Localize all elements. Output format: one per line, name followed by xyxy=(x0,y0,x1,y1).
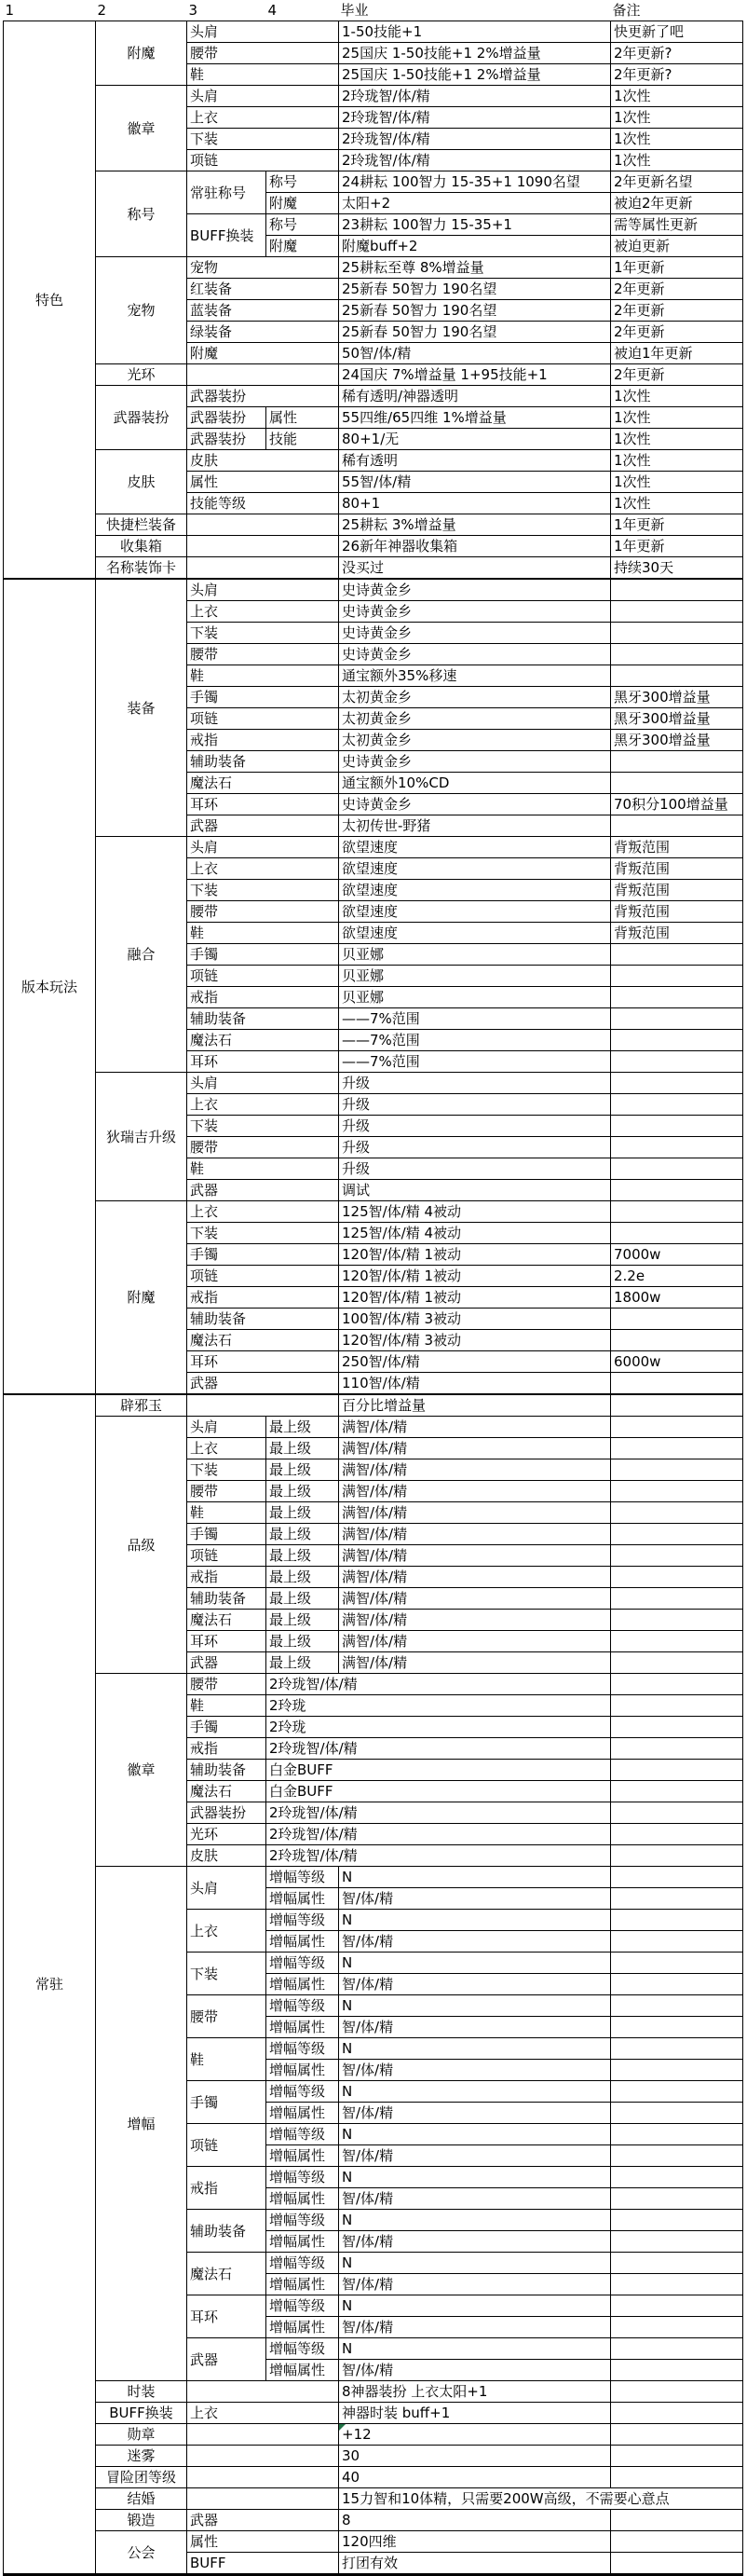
note-cell[interactable] xyxy=(611,1094,743,1116)
note-cell[interactable] xyxy=(611,1008,743,1030)
graduation-cell[interactable]: N xyxy=(339,2295,611,2317)
graduation-cell[interactable]: 25国庆 1-50技能+1 2%增益量 xyxy=(339,43,611,64)
item-cell[interactable]: 魔法石 xyxy=(187,1030,339,1051)
note-cell[interactable] xyxy=(611,2210,743,2231)
graduation-cell[interactable]: 太阳+2 xyxy=(339,193,611,214)
note-cell[interactable]: 2.2e xyxy=(611,1266,743,1287)
graduation-cell[interactable]: 智/体/精 xyxy=(339,2317,611,2338)
item-cell[interactable]: 耳环 xyxy=(187,1051,339,1073)
subitem-cell[interactable]: 最上级 xyxy=(266,1438,339,1459)
header-cell-col3[interactable]: 3 xyxy=(187,0,266,21)
category-cell[interactable]: BUFF换装 xyxy=(96,2403,187,2424)
subitem-cell[interactable]: 最上级 xyxy=(266,1652,339,1674)
item-cell[interactable]: 魔法石 xyxy=(187,2253,266,2295)
note-cell[interactable] xyxy=(611,1995,743,2017)
note-cell[interactable]: 背叛范围 xyxy=(611,837,743,858)
item-cell[interactable]: 辅助装备 xyxy=(187,1588,266,1610)
note-cell[interactable] xyxy=(611,1373,743,1395)
graduation-cell[interactable]: 通宝额外10%CD xyxy=(339,773,611,794)
note-cell[interactable] xyxy=(611,1674,743,1695)
item-cell[interactable]: 属性 xyxy=(187,2531,339,2553)
note-cell[interactable]: 1年更新 xyxy=(611,536,743,557)
item-cell[interactable]: 魔法石 xyxy=(187,773,339,794)
item-cell[interactable]: 下装 xyxy=(187,1953,266,1995)
item-cell[interactable]: 上衣 xyxy=(187,601,339,623)
note-cell[interactable] xyxy=(611,2381,743,2403)
note-cell[interactable]: 1次性 xyxy=(611,407,743,429)
graduation-cell[interactable]: 120智/体/精 3被动 xyxy=(339,1330,611,1351)
subitem-cell[interactable]: 增幅等级 xyxy=(266,1910,339,1931)
note-cell[interactable] xyxy=(611,2103,743,2124)
category-cell[interactable]: 名称装饰卡 xyxy=(96,557,187,580)
graduation-cell[interactable]: 调试 xyxy=(339,1180,611,1201)
note-cell[interactable]: 被迫2年更新 xyxy=(611,193,743,214)
graduation-cell[interactable]: 太初黄金乡 xyxy=(339,708,611,730)
graduation-cell[interactable]: 史诗黄金乡 xyxy=(339,644,611,665)
note-cell[interactable] xyxy=(611,2424,743,2446)
note-cell[interactable]: 2年更新名望 xyxy=(611,171,743,193)
note-cell[interactable] xyxy=(611,1931,743,1953)
note-cell[interactable] xyxy=(611,2145,743,2167)
item-cell[interactable]: 耳环 xyxy=(187,2295,266,2338)
graduation-cell[interactable]: 25新春 50智力 190名望 xyxy=(339,300,611,322)
note-cell[interactable] xyxy=(611,2081,743,2103)
note-cell[interactable]: 7000w xyxy=(611,1244,743,1266)
header-cell-note[interactable]: 备注 xyxy=(611,0,743,21)
item-cell[interactable] xyxy=(187,514,339,536)
subitem-cell[interactable]: 最上级 xyxy=(266,1610,339,1631)
category-cell[interactable]: 辟邪玉 xyxy=(96,1394,187,1417)
note-cell[interactable] xyxy=(611,1738,743,1760)
item-cell[interactable]: 头肩 xyxy=(187,1073,339,1094)
item-cell[interactable]: 蓝装备 xyxy=(187,300,339,322)
item-cell[interactable]: 戒指 xyxy=(187,1567,266,1588)
graduation-cell[interactable]: 白金BUFF xyxy=(266,1781,611,1802)
item-cell[interactable]: 武器 xyxy=(187,1180,339,1201)
subitem-cell[interactable]: 增幅等级 xyxy=(266,2210,339,2231)
category-cell[interactable]: 冒险团等级 xyxy=(96,2467,187,2488)
item-cell[interactable]: BUFF xyxy=(187,2553,339,2575)
header-cell-graduation[interactable]: 毕业 xyxy=(339,0,611,21)
item-cell[interactable] xyxy=(187,2446,339,2467)
item-cell[interactable]: 技能等级 xyxy=(187,493,339,514)
graduation-cell[interactable]: 升级 xyxy=(339,1158,611,1180)
graduation-cell[interactable]: 白金BUFF xyxy=(266,1760,611,1781)
graduation-cell[interactable]: 250智/体/精 xyxy=(339,1351,611,1373)
graduation-cell[interactable]: 2玲珑智/体/精 xyxy=(266,1802,611,1824)
graduation-cell[interactable]: 满智/体/精 xyxy=(339,1610,611,1631)
graduation-cell[interactable]: N xyxy=(339,1995,611,2017)
item-cell[interactable]: 耳环 xyxy=(187,1351,339,1373)
item-cell[interactable] xyxy=(187,2424,339,2446)
note-cell[interactable] xyxy=(611,944,743,966)
category-cell[interactable]: 武器装扮 xyxy=(96,386,187,450)
item-cell[interactable]: 项链 xyxy=(187,2124,266,2167)
graduation-cell[interactable]: 55四维/65四维 1%增益量 xyxy=(339,407,611,429)
category-cell[interactable]: 皮肤 xyxy=(96,450,187,514)
graduation-cell[interactable]: 120智/体/精 1被动 xyxy=(339,1287,611,1309)
subitem-cell[interactable]: 增幅属性 xyxy=(266,2145,339,2167)
subitem-cell[interactable]: 增幅属性 xyxy=(266,1931,339,1953)
note-cell[interactable] xyxy=(611,1845,743,1867)
note-cell[interactable] xyxy=(611,1545,743,1567)
item-cell[interactable]: 魔法石 xyxy=(187,1610,266,1631)
subitem-cell[interactable]: 增幅等级 xyxy=(266,2081,339,2103)
graduation-cell[interactable]: 80+1/无 xyxy=(339,429,611,450)
subitem-cell[interactable]: 增幅等级 xyxy=(266,2295,339,2317)
graduation-cell[interactable]: 30 xyxy=(339,2446,611,2467)
note-cell[interactable] xyxy=(611,1394,743,1417)
item-cell[interactable]: 上衣 xyxy=(187,107,339,129)
graduation-cell[interactable]: N xyxy=(339,2210,611,2231)
note-cell[interactable]: 1年更新 xyxy=(611,514,743,536)
subitem-cell[interactable]: 增幅等级 xyxy=(266,2338,339,2360)
note-cell[interactable]: 1次性 xyxy=(611,107,743,129)
note-cell[interactable] xyxy=(611,2338,743,2360)
graduation-cell[interactable]: 欲望速度 xyxy=(339,837,611,858)
note-cell[interactable] xyxy=(611,1223,743,1244)
graduation-cell[interactable]: 智/体/精 xyxy=(339,2274,611,2295)
item-cell[interactable]: 属性 xyxy=(187,472,339,493)
item-cell[interactable]: 常驻称号 xyxy=(187,171,266,214)
item-cell[interactable]: 鞋 xyxy=(187,1158,339,1180)
note-cell[interactable]: 背叛范围 xyxy=(611,880,743,901)
item-cell[interactable] xyxy=(187,2488,339,2510)
note-cell[interactable] xyxy=(611,1695,743,1717)
graduation-cell[interactable]: 25耕耘 3%增益量 xyxy=(339,514,611,536)
item-cell[interactable]: 头肩 xyxy=(187,1417,266,1438)
subitem-cell[interactable]: 称号 xyxy=(266,214,339,236)
graduation-cell[interactable]: N xyxy=(339,2167,611,2188)
item-cell[interactable]: 手镯 xyxy=(187,687,339,708)
graduation-cell[interactable]: 太初黄金乡 xyxy=(339,687,611,708)
category-cell[interactable]: 结婚 xyxy=(96,2488,187,2510)
graduation-cell[interactable]: ——7%范围 xyxy=(339,1008,611,1030)
note-cell[interactable] xyxy=(611,2403,743,2424)
note-cell[interactable]: 2年更新? xyxy=(611,64,743,86)
note-cell[interactable] xyxy=(611,2167,743,2188)
graduation-cell[interactable]: 25国庆 1-50技能+1 2%增益量 xyxy=(339,64,611,86)
note-cell[interactable]: 黑牙300增益量 xyxy=(611,708,743,730)
category-cell[interactable]: 收集箱 xyxy=(96,536,187,557)
subitem-cell[interactable]: 增幅等级 xyxy=(266,2124,339,2145)
item-cell[interactable]: 武器 xyxy=(187,2338,266,2381)
note-cell[interactable] xyxy=(611,2231,743,2253)
note-cell[interactable] xyxy=(611,1631,743,1652)
item-cell[interactable]: 宠物 xyxy=(187,257,339,279)
item-cell[interactable]: 鞋 xyxy=(187,1695,266,1717)
graduation-cell[interactable]: 2玲珑智/体/精 xyxy=(266,1824,611,1845)
subitem-cell[interactable]: 增幅属性 xyxy=(266,1888,339,1910)
graduation-cell[interactable]: 25新春 50智力 190名望 xyxy=(339,322,611,343)
item-cell[interactable]: 鞋 xyxy=(187,2038,266,2081)
item-cell[interactable]: 手镯 xyxy=(187,1717,266,1738)
section-cell[interactable]: 常驻 xyxy=(4,1394,96,2575)
subitem-cell[interactable]: 增幅属性 xyxy=(266,2103,339,2124)
note-cell[interactable] xyxy=(611,2060,743,2081)
graduation-cell[interactable]: 智/体/精 xyxy=(339,1888,611,1910)
item-cell[interactable]: 下装 xyxy=(187,129,339,150)
subitem-cell[interactable]: 增幅属性 xyxy=(266,2274,339,2295)
subitem-cell[interactable]: 附魔 xyxy=(266,193,339,214)
subitem-cell[interactable]: 最上级 xyxy=(266,1502,339,1524)
item-cell[interactable]: 头肩 xyxy=(187,86,339,107)
category-cell[interactable]: 快捷栏装备 xyxy=(96,514,187,536)
graduation-cell[interactable]: 110智/体/精 xyxy=(339,1373,611,1395)
subitem-cell[interactable]: 增幅等级 xyxy=(266,2167,339,2188)
item-cell[interactable]: 下装 xyxy=(187,1116,339,1137)
subitem-cell[interactable]: 最上级 xyxy=(266,1567,339,1588)
graduation-cell[interactable]: 贝亚娜 xyxy=(339,944,611,966)
graduation-cell[interactable]: 满智/体/精 xyxy=(339,1438,611,1459)
graduation-cell[interactable]: 神器时装 buff+1 xyxy=(339,2403,611,2424)
note-cell[interactable] xyxy=(611,1524,743,1545)
graduation-cell[interactable]: 满智/体/精 xyxy=(339,1652,611,1674)
note-cell[interactable] xyxy=(611,665,743,687)
item-cell[interactable] xyxy=(187,557,339,580)
note-cell[interactable]: 1次性 xyxy=(611,493,743,514)
item-cell[interactable]: 腰带 xyxy=(187,43,339,64)
note-cell[interactable] xyxy=(611,2446,743,2467)
graduation-cell[interactable]: 欲望速度 xyxy=(339,858,611,880)
graduation-cell[interactable]: 打团有效 xyxy=(339,2553,611,2575)
note-cell[interactable] xyxy=(611,1158,743,1180)
note-cell[interactable] xyxy=(611,1073,743,1094)
note-cell[interactable]: 1次性 xyxy=(611,429,743,450)
item-cell[interactable]: 手镯 xyxy=(187,1244,339,1266)
item-cell[interactable]: 手镯 xyxy=(187,944,339,966)
item-cell[interactable]: 项链 xyxy=(187,966,339,987)
subitem-cell[interactable]: 增幅属性 xyxy=(266,2060,339,2081)
item-cell[interactable]: 头肩 xyxy=(187,21,339,43)
graduation-cell[interactable]: 史诗黄金乡 xyxy=(339,794,611,815)
item-cell[interactable]: 腰带 xyxy=(187,1137,339,1158)
note-cell[interactable]: 2年更新 xyxy=(611,322,743,343)
note-cell[interactable] xyxy=(611,1417,743,1438)
note-cell[interactable] xyxy=(611,2274,743,2295)
graduation-cell[interactable]: 百分比增益量 xyxy=(339,1394,611,1417)
category-cell[interactable]: 锻造 xyxy=(96,2510,187,2531)
subitem-cell[interactable]: 增幅等级 xyxy=(266,1953,339,1974)
category-cell[interactable]: 勋章 xyxy=(96,2424,187,2446)
note-cell[interactable] xyxy=(611,1201,743,1223)
graduation-cell[interactable]: 满智/体/精 xyxy=(339,1502,611,1524)
item-cell[interactable]: 上衣 xyxy=(187,2403,339,2424)
item-cell[interactable]: 魔法石 xyxy=(187,1781,266,1802)
category-cell[interactable]: 狄瑞吉升级 xyxy=(96,1073,187,1201)
item-cell[interactable]: 戒指 xyxy=(187,2167,266,2210)
graduation-cell[interactable]: 80+1 xyxy=(339,493,611,514)
note-cell[interactable] xyxy=(611,1137,743,1158)
graduation-cell[interactable]: 25耕耘至尊 8%增益量 xyxy=(339,257,611,279)
note-cell[interactable]: 需等属性更新 xyxy=(611,214,743,236)
note-cell[interactable] xyxy=(611,2038,743,2060)
note-cell[interactable] xyxy=(611,751,743,773)
subitem-cell[interactable]: 增幅属性 xyxy=(266,2231,339,2253)
item-cell[interactable]: 皮肤 xyxy=(187,450,339,472)
graduation-cell[interactable]: 50智/体/精 xyxy=(339,343,611,364)
graduation-cell[interactable]: 智/体/精 xyxy=(339,2103,611,2124)
graduation-cell[interactable]: 没买过 xyxy=(339,557,611,580)
note-cell[interactable] xyxy=(611,1867,743,1888)
note-cell[interactable]: 1次性 xyxy=(611,129,743,150)
graduation-cell[interactable]: 贝亚娜 xyxy=(339,987,611,1008)
graduation-cell[interactable]: 满智/体/精 xyxy=(339,1417,611,1438)
graduation-cell[interactable]: 贝亚娜 xyxy=(339,966,611,987)
graduation-cell[interactable]: N xyxy=(339,1910,611,1931)
note-cell[interactable]: 持续30天 xyxy=(611,557,743,580)
subitem-cell[interactable]: 最上级 xyxy=(266,1417,339,1438)
item-cell[interactable]: 鞋 xyxy=(187,923,339,944)
category-cell[interactable]: 品级 xyxy=(96,1417,187,1674)
item-cell[interactable]: 腰带 xyxy=(187,1481,266,1502)
graduation-cell[interactable]: 稀有透明 xyxy=(339,450,611,472)
graduation-cell[interactable]: 满智/体/精 xyxy=(339,1524,611,1545)
item-cell[interactable]: 头肩 xyxy=(187,1867,266,1910)
note-cell[interactable] xyxy=(611,2017,743,2038)
graduation-cell[interactable]: N xyxy=(339,2038,611,2060)
item-cell[interactable] xyxy=(187,1394,339,1417)
note-cell[interactable] xyxy=(611,1781,743,1802)
graduation-cell[interactable]: 满智/体/精 xyxy=(339,1631,611,1652)
subitem-cell[interactable]: 增幅等级 xyxy=(266,1867,339,1888)
subitem-cell[interactable]: 增幅属性 xyxy=(266,2317,339,2338)
subitem-cell[interactable]: 最上级 xyxy=(266,1545,339,1567)
item-cell[interactable]: 上衣 xyxy=(187,1201,339,1223)
item-cell[interactable]: 戒指 xyxy=(187,1287,339,1309)
graduation-cell[interactable]: 55智/体/精 xyxy=(339,472,611,493)
item-cell[interactable]: 项链 xyxy=(187,1545,266,1567)
graduation-cell[interactable]: 智/体/精 xyxy=(339,2145,611,2167)
section-cell[interactable]: 特色 xyxy=(4,21,96,580)
subitem-cell[interactable]: 增幅属性 xyxy=(266,2360,339,2381)
graduation-cell[interactable]: 40 xyxy=(339,2467,611,2488)
note-cell[interactable] xyxy=(611,1717,743,1738)
item-cell[interactable]: 辅助装备 xyxy=(187,751,339,773)
subitem-cell[interactable]: 最上级 xyxy=(266,1481,339,1502)
note-cell[interactable] xyxy=(611,987,743,1008)
item-cell[interactable]: 光环 xyxy=(187,1824,266,1845)
note-cell[interactable] xyxy=(611,623,743,644)
category-cell[interactable]: 增幅 xyxy=(96,1867,187,2381)
note-cell[interactable] xyxy=(611,1974,743,1995)
note-cell[interactable] xyxy=(611,2510,743,2531)
subitem-cell[interactable]: 属性 xyxy=(266,407,339,429)
graduation-cell[interactable]: N xyxy=(339,2124,611,2145)
graduation-cell[interactable]: 满智/体/精 xyxy=(339,1567,611,1588)
graduation-cell[interactable]: 史诗黄金乡 xyxy=(339,751,611,773)
graduation-cell[interactable]: 2玲珑智/体/精 xyxy=(339,107,611,129)
graduation-cell[interactable]: 120智/体/精 1被动 xyxy=(339,1244,611,1266)
item-cell[interactable]: 武器装扮 xyxy=(187,429,266,450)
graduation-cell[interactable]: 满智/体/精 xyxy=(339,1459,611,1481)
item-cell[interactable]: 鞋 xyxy=(187,1502,266,1524)
graduation-cell[interactable]: 2玲珑智/体/精 xyxy=(339,86,611,107)
graduation-cell[interactable]: 智/体/精 xyxy=(339,2017,611,2038)
graduation-cell[interactable]: ——7%范围 xyxy=(339,1051,611,1073)
note-cell[interactable]: 2年更新 xyxy=(611,364,743,386)
item-cell[interactable]: 下装 xyxy=(187,1223,339,1244)
graduation-cell[interactable]: 2玲珑 xyxy=(266,1695,611,1717)
graduation-cell[interactable]: 太初传世-野猪 xyxy=(339,815,611,837)
note-cell[interactable] xyxy=(611,2467,743,2488)
graduation-cell[interactable]: 26新年神器收集箱 xyxy=(339,536,611,557)
item-cell[interactable]: 戒指 xyxy=(187,1738,266,1760)
subitem-cell[interactable]: 增幅等级 xyxy=(266,2253,339,2274)
note-cell[interactable]: 1次性 xyxy=(611,386,743,407)
subitem-cell[interactable]: 最上级 xyxy=(266,1588,339,1610)
category-cell[interactable]: 称号 xyxy=(96,171,187,257)
item-cell[interactable]: 手镯 xyxy=(187,2081,266,2124)
graduation-cell[interactable]: N xyxy=(339,1867,611,1888)
category-cell[interactable]: 装备 xyxy=(96,579,187,837)
item-cell[interactable]: 附魔 xyxy=(187,343,339,364)
subitem-cell[interactable]: 增幅等级 xyxy=(266,2038,339,2060)
graduation-cell[interactable]: N xyxy=(339,2081,611,2103)
item-cell[interactable]: 腰带 xyxy=(187,1995,266,2038)
graduation-cell[interactable]: 智/体/精 xyxy=(339,2060,611,2081)
note-cell[interactable] xyxy=(611,1760,743,1781)
graduation-cell[interactable]: N xyxy=(339,2338,611,2360)
graduation-cell[interactable]: 24国庆 7%增益量 1+95技能+1 xyxy=(339,364,611,386)
subitem-cell[interactable]: 增幅属性 xyxy=(266,1974,339,1995)
graduation-cell[interactable]: 欲望速度 xyxy=(339,880,611,901)
graduation-cell[interactable]: 智/体/精 xyxy=(339,2231,611,2253)
graduation-cell[interactable]: 史诗黄金乡 xyxy=(339,579,611,601)
note-cell[interactable]: 快更新了吧 xyxy=(611,21,743,43)
graduation-cell[interactable]: 2玲珑智/体/精 xyxy=(339,150,611,171)
item-cell[interactable]: 上衣 xyxy=(187,1910,266,1953)
graduation-cell[interactable]: 升级 xyxy=(339,1116,611,1137)
graduation-cell[interactable]: 2玲珑智/体/精 xyxy=(266,1674,611,1695)
graduation-note-cell[interactable]: 15力智和10体精，只需要200W高级，不需要心意点 xyxy=(339,2488,743,2510)
note-cell[interactable]: 被迫1年更新 xyxy=(611,343,743,364)
item-cell[interactable]: 辅助装备 xyxy=(187,1309,339,1330)
category-cell[interactable]: 时装 xyxy=(96,2381,187,2403)
graduation-cell[interactable]: +12 xyxy=(339,2424,611,2446)
item-cell[interactable]: 辅助装备 xyxy=(187,1008,339,1030)
item-cell[interactable]: 耳环 xyxy=(187,1631,266,1652)
header-cell-col2[interactable]: 2 xyxy=(96,0,187,21)
item-cell[interactable]: 鞋 xyxy=(187,665,339,687)
note-cell[interactable]: 2年更新 xyxy=(611,300,743,322)
subitem-cell[interactable]: 附魔 xyxy=(266,236,339,257)
graduation-cell[interactable]: 附魔buff+2 xyxy=(339,236,611,257)
category-cell[interactable]: 光环 xyxy=(96,364,187,386)
item-cell[interactable] xyxy=(187,364,339,386)
note-cell[interactable] xyxy=(611,1910,743,1931)
item-cell[interactable]: 项链 xyxy=(187,708,339,730)
item-cell[interactable] xyxy=(187,536,339,557)
note-cell[interactable] xyxy=(611,644,743,665)
graduation-cell[interactable]: 史诗黄金乡 xyxy=(339,623,611,644)
item-cell[interactable]: 腰带 xyxy=(187,901,339,923)
item-cell[interactable]: 上衣 xyxy=(187,1094,339,1116)
item-cell[interactable]: 武器装扮 xyxy=(187,1802,266,1824)
graduation-cell[interactable]: 升级 xyxy=(339,1073,611,1094)
item-cell[interactable]: 下装 xyxy=(187,880,339,901)
graduation-cell[interactable]: 智/体/精 xyxy=(339,2188,611,2210)
subitem-cell[interactable]: 称号 xyxy=(266,171,339,193)
note-cell[interactable] xyxy=(611,1481,743,1502)
note-cell[interactable]: 被迫更新 xyxy=(611,236,743,257)
graduation-cell[interactable]: 升级 xyxy=(339,1094,611,1116)
item-cell[interactable]: 耳环 xyxy=(187,794,339,815)
item-cell[interactable]: 腰带 xyxy=(187,1674,266,1695)
graduation-cell[interactable]: 25新春 50智力 190名望 xyxy=(339,279,611,300)
graduation-cell[interactable]: 智/体/精 xyxy=(339,2360,611,2381)
note-cell[interactable] xyxy=(611,966,743,987)
